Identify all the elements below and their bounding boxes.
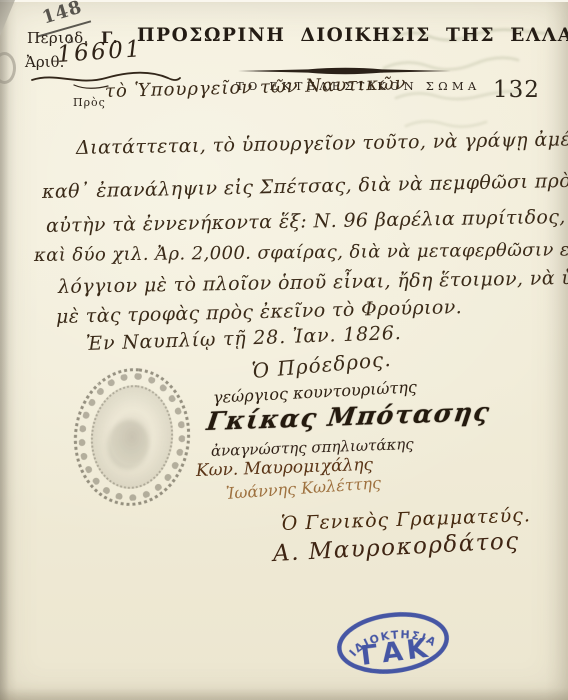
- body-line: καὶ δύο χιλ. Ἀρ. 2,000. σφαίρας, διὰ νὰ …: [34, 239, 568, 266]
- body-line: λόγγιον μὲ τὸ πλοῖον ὁποῦ εἶναι, ἤδη ἕτο…: [58, 266, 568, 298]
- scan-left-edge-shadow: [0, 0, 9, 700]
- body-line: αὐτὴν τὰ ἐννενήκοντα ἕξ: Ν. 96 βαρέλια π…: [46, 205, 568, 237]
- official-seal-stamp: [67, 362, 197, 511]
- protocol-number: 16601: [56, 36, 143, 68]
- president-label: Ὁ Πρόεδρος.: [251, 347, 392, 383]
- paper-clip-mark: [0, 52, 16, 84]
- addressee-label: Πρὸς: [73, 96, 106, 109]
- bottom-crease: [0, 688, 568, 700]
- archive-property-stamp: ΙΔΙΟΚΤΗΣΙΑ ΓΑΚ: [330, 602, 455, 684]
- body-line: καθ᾽ ἐπανάληψιν εἰς Σπέτσας, διὰ νὰ πεμφ…: [42, 170, 568, 203]
- document-title: ΠΡΟΣΩΡΙΝΗ ΔΙΟΙΚΗΣΙΣ ΤΗΣ ΕΛΛΑΔΟΣ.: [137, 25, 551, 46]
- folio-number: 132: [493, 77, 540, 103]
- document-scan: 148 2 Περιοδ. Γ. ΠΡΟΣΩΡΙΝΗ ΔΙΟΙΚΗΣΙΣ ΤΗΣ…: [0, 0, 568, 700]
- scan-top-edge: [0, 0, 568, 2]
- body-line: μὲ τὰς τροφὰς πρὸς ἐκεῖνο τὸ Φρούριον.: [56, 296, 463, 328]
